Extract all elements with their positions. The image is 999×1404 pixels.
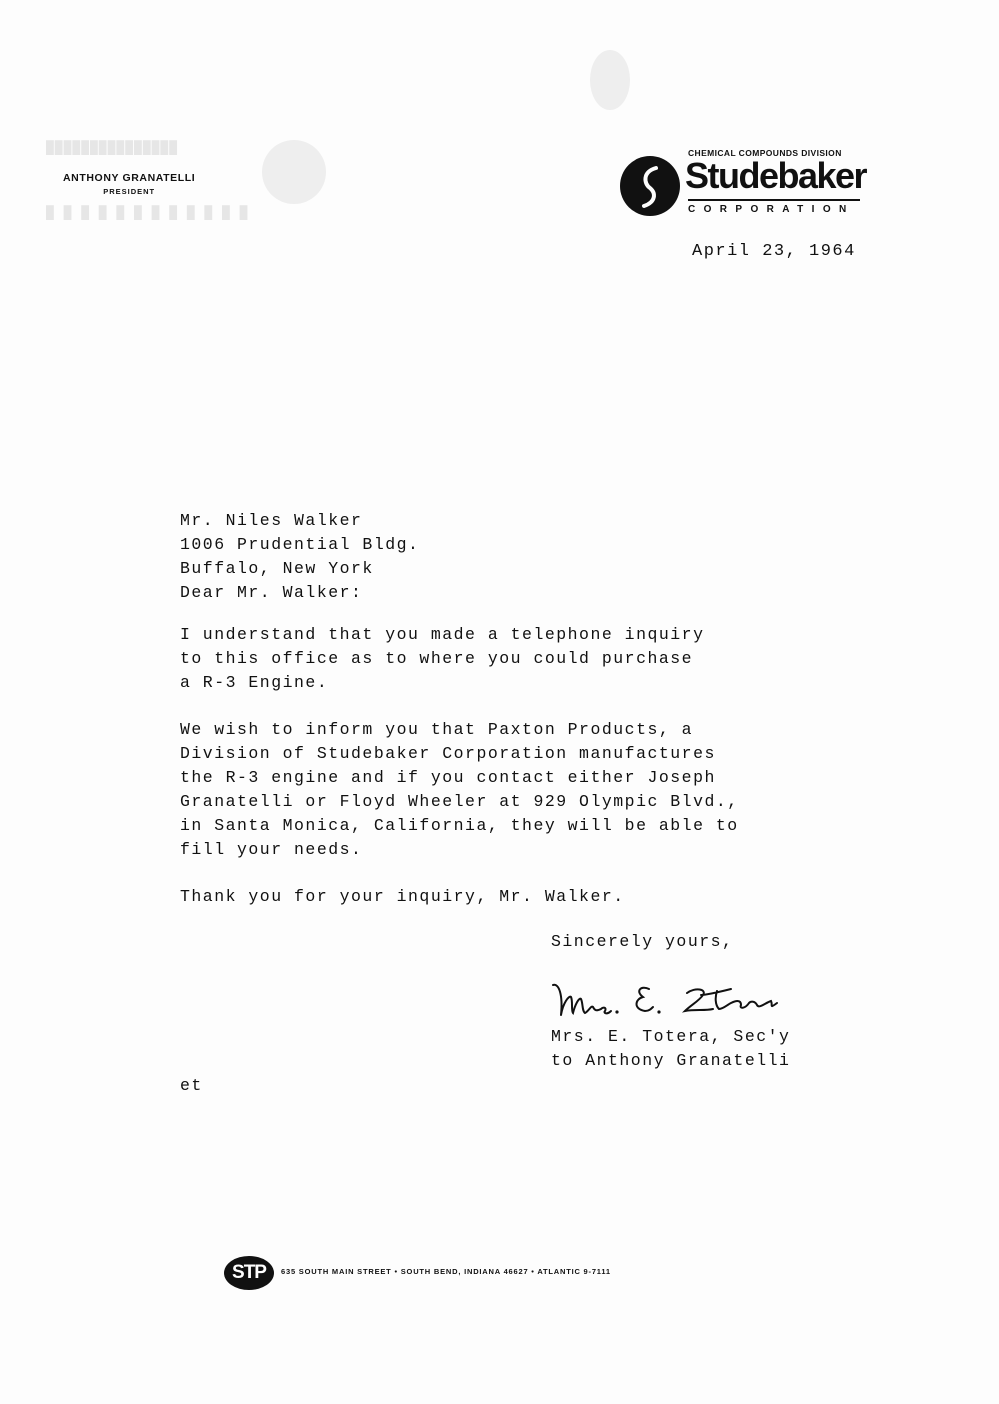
brand-name: Studebaker [685, 156, 866, 196]
handwritten-signature [545, 975, 795, 1030]
body-line: the R-3 engine and if you contact either… [180, 768, 716, 787]
body-line: I understand that you made a telephone i… [180, 625, 704, 644]
bleed-through-logo [262, 140, 326, 204]
bleed-through-logo [590, 50, 630, 110]
studebaker-s-emblem-icon [620, 156, 680, 216]
salutation: Dear Mr. Walker: [180, 583, 362, 602]
recipient-name: Mr. Niles Walker [180, 511, 362, 530]
body-line: Thank you for your inquiry, Mr. Walker. [180, 887, 625, 906]
footer-address: 635 SOUTH MAIN STREET • SOUTH BEND, INDI… [281, 1267, 611, 1276]
body-line: fill your needs. [180, 840, 362, 859]
sender-name: ANTHONY GRANATELLI [63, 172, 195, 184]
stp-logo-icon: STP [224, 1256, 274, 1290]
letter-date: April 23, 1964 [692, 242, 856, 261]
bleed-through-text: █ █ █ █ █ █ █ █ █ █ █ █ [46, 205, 248, 220]
body-line: in Santa Monica, California, they will b… [180, 816, 739, 835]
body-line: to this office as to where you could pur… [180, 649, 693, 668]
body-line: Division of Studebaker Corporation manuf… [180, 744, 716, 763]
recipient-address-line-1: 1006 Prudential Bldg. [180, 535, 419, 554]
sender-letterhead: ANTHONY GRANATELLI PRESIDENT [63, 172, 195, 196]
body-line: We wish to inform you that Paxton Produc… [180, 720, 693, 739]
bleed-through-text: ███████████████ [46, 140, 178, 155]
signer-title: to Anthony Granatelli [551, 1051, 790, 1070]
body-line: Granatelli or Floyd Wheeler at 929 Olymp… [180, 792, 739, 811]
body-line: a R-3 Engine. [180, 673, 328, 692]
reference-initials: et [180, 1076, 203, 1095]
recipient-address-line-2: Buffalo, New York [180, 559, 374, 578]
sender-title: PRESIDENT [63, 187, 195, 196]
corporation-label: CORPORATION [688, 204, 855, 215]
studebaker-logo-block: CHEMICAL COMPOUNDS DIVISION Studebaker C… [618, 148, 863, 218]
closing: Sincerely yours, [551, 932, 733, 951]
brand-divider [688, 199, 860, 201]
signer-name: Mrs. E. Totera, Sec'y [551, 1027, 790, 1046]
